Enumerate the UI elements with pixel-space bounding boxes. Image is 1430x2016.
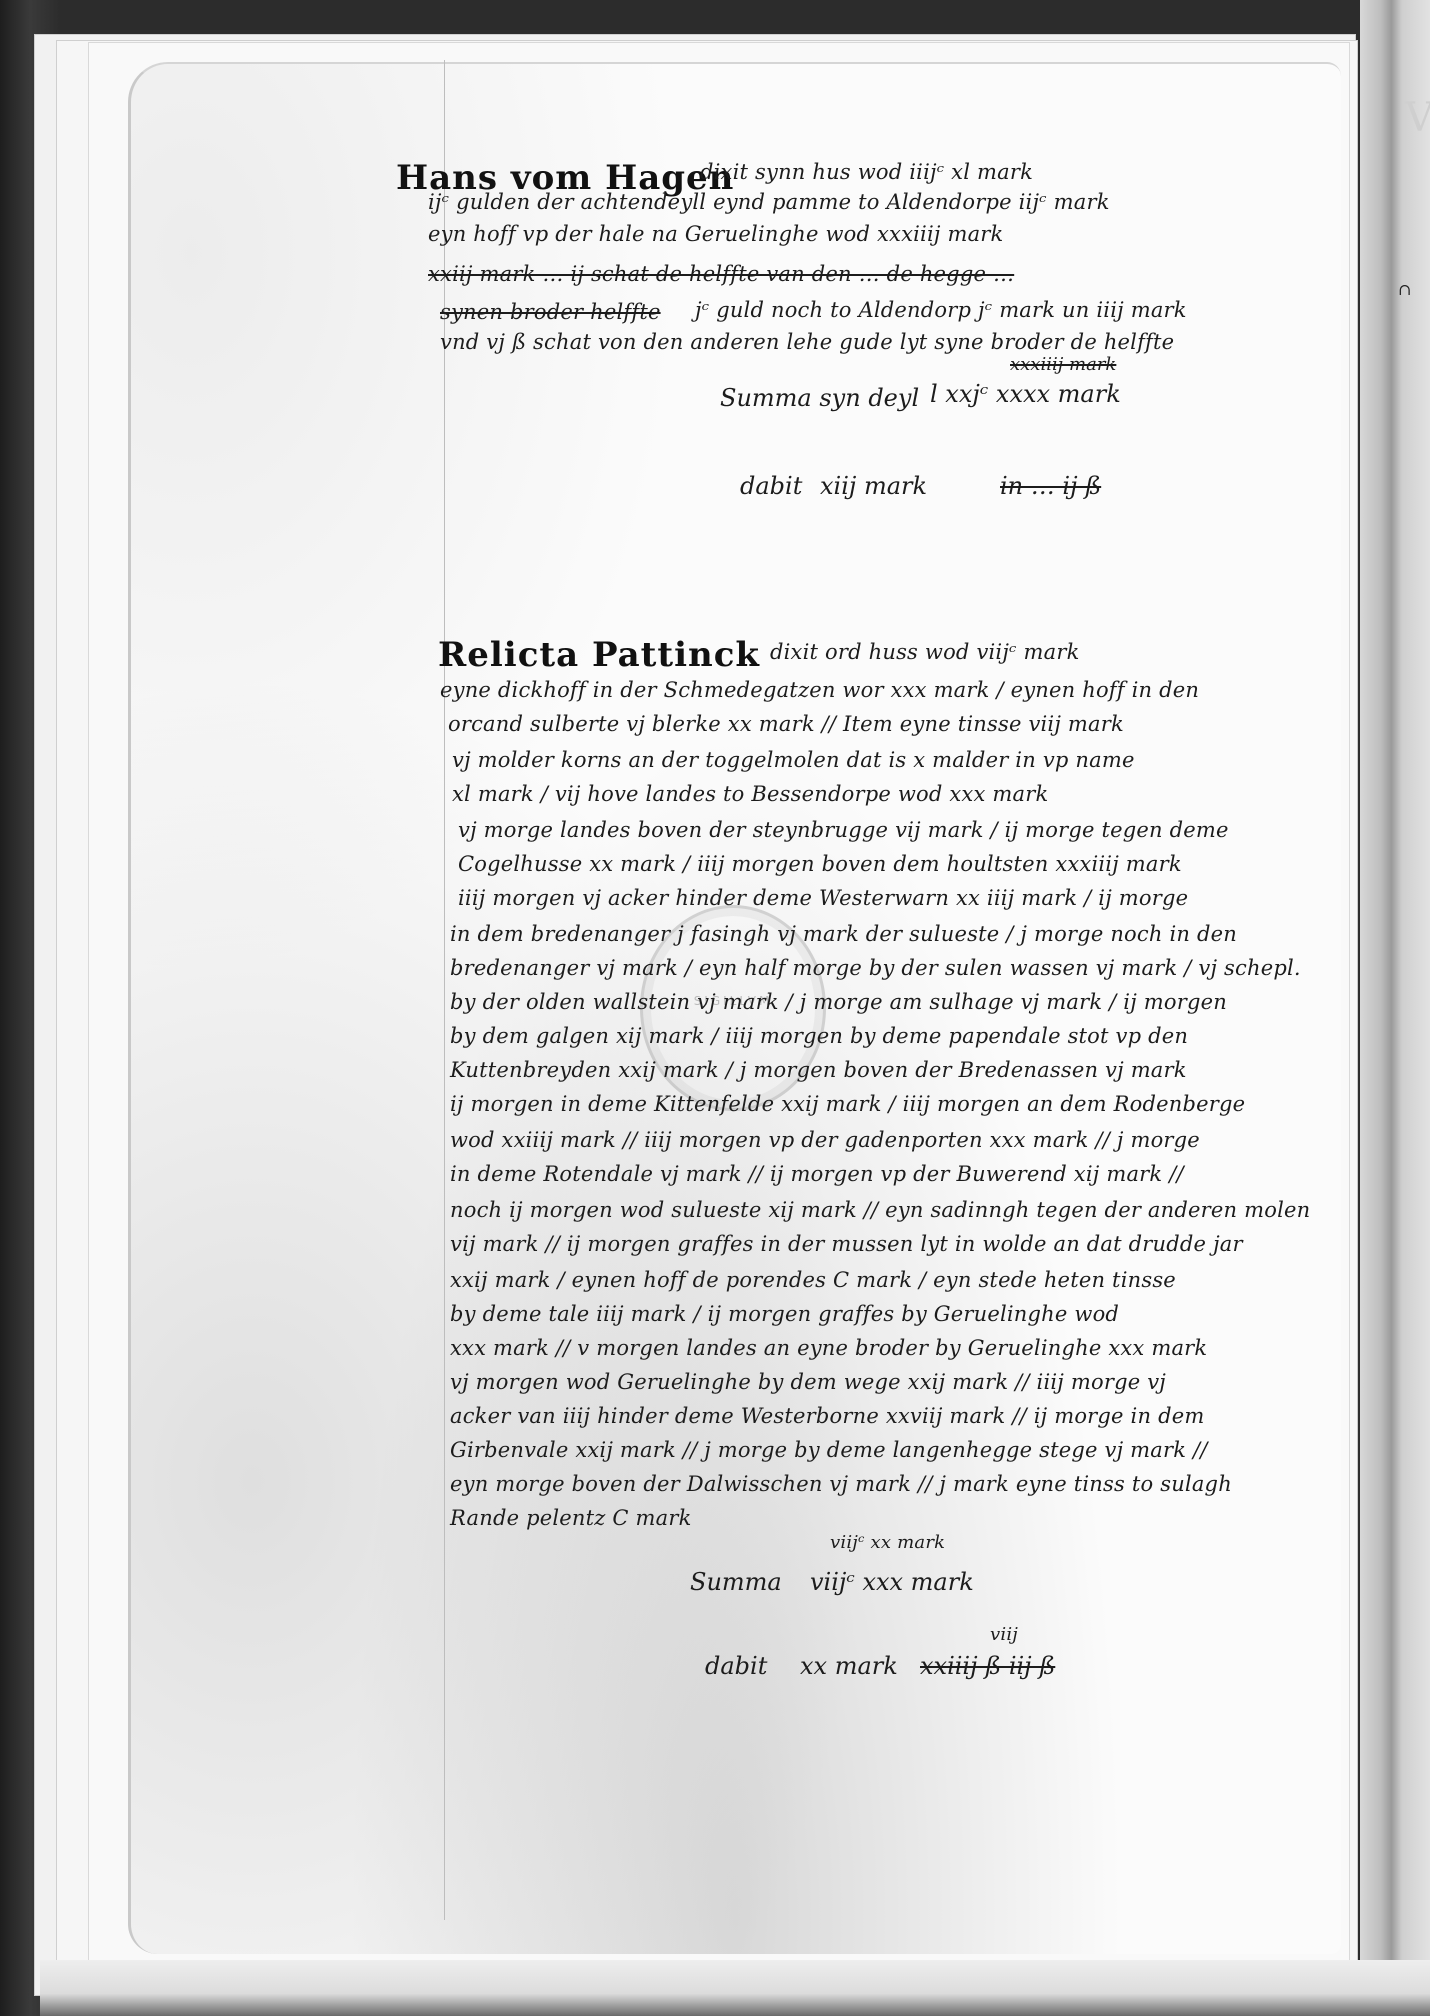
entry-line: vj morgen wod Geruelinghe by dem wege xx…	[450, 1370, 1166, 1394]
summary-label: dabit	[705, 1652, 767, 1680]
facing-page-mark: ∩	[1398, 280, 1411, 299]
entry-line: dixit synn hus wod iiijᶜ xl mark	[700, 160, 1033, 184]
entry-line-struck: synen broder helffte	[440, 300, 661, 324]
entry-line: in dem bredenanger j fasingh vj mark der…	[450, 922, 1237, 946]
entry-line: xl mark / vij hove landes to Bessendorpe…	[452, 782, 1048, 806]
entry-line: Kuttenbreyden xxij mark / j morgen boven…	[450, 1058, 1187, 1082]
entry-line: acker van iiij hinder deme Westerborne x…	[450, 1404, 1204, 1428]
summary-label: Summa	[690, 1568, 782, 1596]
entry-line: by dem galgen xij mark / iiij morgen by …	[450, 1024, 1188, 1048]
entry-line: vij mark // ij morgen graffes in der mus…	[450, 1232, 1243, 1256]
summary-value: xiij mark	[820, 472, 927, 500]
summary-value: l xxjᶜ xxxx mark	[930, 380, 1121, 408]
entry-line: eyn hoff vp der hale na Geruelinghe wod …	[428, 222, 1003, 246]
summary-interlinear: viijᶜ xx mark	[830, 1532, 945, 1553]
entry-line: jᶜ guld noch to Aldendorp jᶜ mark un iii…	[695, 298, 1187, 322]
entry-line: noch ij morgen wod sulueste xij mark // …	[450, 1198, 1310, 1222]
ruling-line-right	[1357, 60, 1358, 1800]
summary-label: Summa syn deyl	[720, 384, 919, 412]
entry-line: orcand sulberte vj blerke xx mark // Ite…	[448, 712, 1124, 736]
entry-line: Rande pelentz C mark	[450, 1506, 692, 1530]
summary-interlinear: viij	[990, 1624, 1018, 1645]
entry-line: wod xxiiij mark // iiij morgen vp der ga…	[450, 1128, 1200, 1152]
summary-struck: in … ij ß	[1000, 472, 1101, 500]
entry-line: xxij mark / eynen hoff de porendes C mar…	[450, 1268, 1176, 1292]
entry-line: ijᶜ gulden der achtendeyll eynd pamme to…	[428, 190, 1110, 214]
entry-line: Girbenvale xxij mark // j morge by deme …	[450, 1438, 1208, 1462]
entry-line: by der olden wallstein vj mark / j morge…	[450, 990, 1227, 1014]
page-bottom-edge	[40, 1960, 1430, 2016]
entry-line: dixit ord huss wod viijᶜ mark	[770, 640, 1080, 664]
summary-struck: xxiiij ß iij ß	[920, 1652, 1055, 1680]
entry-line: vj morge landes boven der steynbrugge vi…	[458, 818, 1229, 842]
entry-line: iiij morgen vj acker hinder deme Westerw…	[458, 886, 1188, 910]
entry-line: Cogelhusse xx mark / iiij morgen boven d…	[458, 852, 1182, 876]
entry-line: eyne dickhoff in der Schmedegatzen wor x…	[440, 678, 1199, 702]
entry-line: by deme tale iiij mark / ij morgen graff…	[450, 1302, 1119, 1326]
binding-gutter	[1360, 0, 1430, 2016]
summary-value: viijᶜ xxx mark	[810, 1568, 974, 1596]
entry-line: eyn morge boven der Dalwisschen vj mark …	[450, 1472, 1232, 1496]
entry-line: vj molder korns an der toggelmolen dat i…	[452, 748, 1135, 772]
entry-line: bredenanger vj mark / eyn half morge by …	[450, 956, 1301, 980]
summary-struck: xxxiiij mark	[1010, 354, 1116, 375]
entry-heading: Relicta Pattinck	[438, 635, 760, 675]
entry-line: in deme Rotendale vj mark // ij morgen v…	[450, 1162, 1184, 1186]
entry-line-struck: xxiij mark … ij schat de helffte van den…	[428, 262, 1014, 286]
summary-label: dabit	[740, 472, 802, 500]
entry-line: ij morgen in deme Kittenfelde xxij mark …	[450, 1092, 1245, 1116]
entry-line: vnd vj ß schat von den anderen lehe gude…	[440, 330, 1174, 354]
summary-value: xx mark	[800, 1652, 898, 1680]
entry-line: xxx mark // v morgen landes an eyne brod…	[450, 1336, 1207, 1360]
facing-page-mark: V	[1405, 95, 1430, 141]
